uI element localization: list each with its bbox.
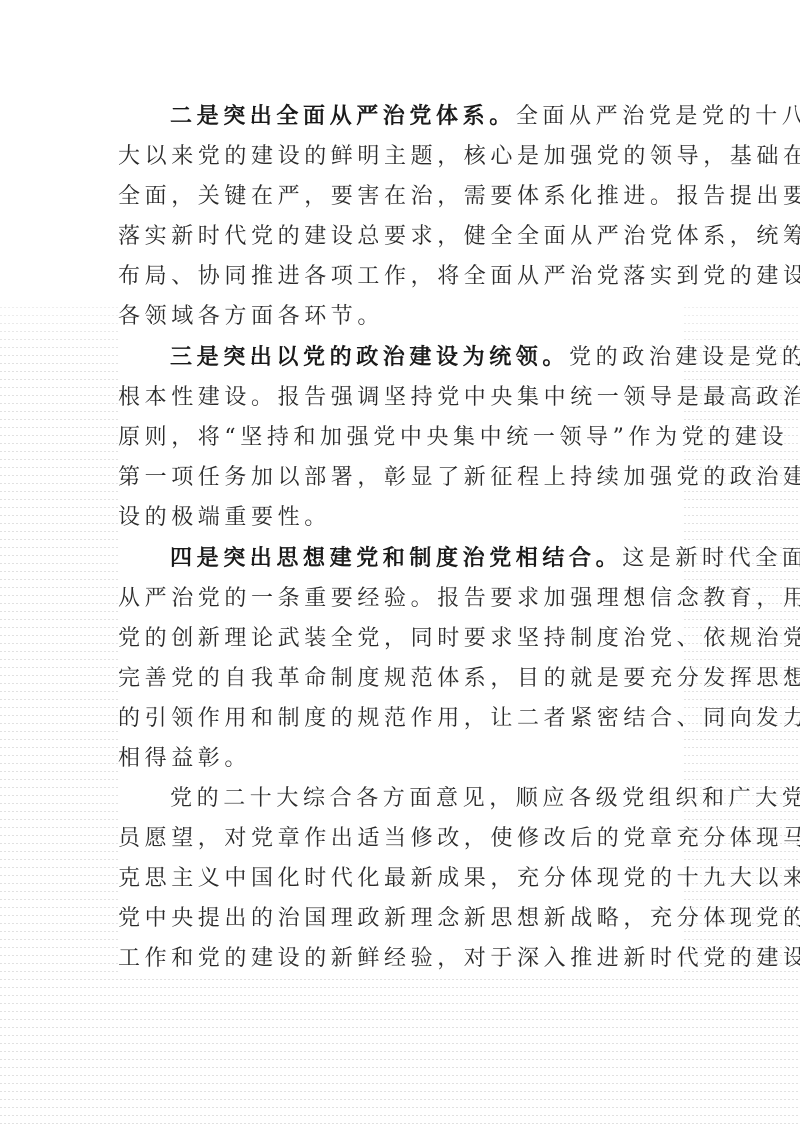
paragraph-line: 克思主义中国化时代化最新成果，充分体现党的十九大以来	[118, 859, 684, 899]
paragraph-line: 二是突出全面从严治党体系。全面从严治党是党的十八	[118, 96, 684, 137]
paragraph-lead-sentence: 四是突出思想建党和制度治党相结合。	[170, 545, 622, 571]
paragraph-line: 相得益彰。	[118, 739, 684, 779]
paragraph-line: 党中央提出的治国理政新理念新思想新战略，充分体现党的	[118, 899, 684, 939]
document-page: 二是突出全面从严治党体系。全面从严治党是党的十八 大以来党的建设的鲜明主题，核心…	[118, 96, 684, 979]
paragraph-4: 党的二十大综合各方面意见，顺应各级党组织和广大党 员愿望，对党章作出适当修改，使…	[118, 779, 684, 979]
paragraph-line: 大以来党的建设的鲜明主题，核心是加强党的领导，基础在	[118, 137, 684, 177]
paragraph-1: 二是突出全面从严治党体系。全面从严治党是党的十八 大以来党的建设的鲜明主题，核心…	[118, 96, 684, 337]
paragraph-line: 原则，将“坚持和加强党中央集中统一领导”作为党的建设	[118, 418, 684, 458]
paragraph-line: 员愿望，对党章作出适当修改，使修改后的党章充分体现马	[118, 819, 684, 859]
paragraph-line: 工作和党的建设的新鲜经验，对于深入推进新时代党的建设	[118, 939, 684, 979]
paragraph-line: 的引领作用和制度的规范作用，让二者紧密结合、同向发力、	[118, 699, 684, 739]
paragraph-line: 三是突出以党的政治建设为统领。党的政治建设是党的	[118, 337, 684, 378]
paragraph-line: 党的二十大综合各方面意见，顺应各级党组织和广大党	[118, 779, 684, 819]
paragraph-line: 第一项任务加以部署，彰显了新征程上持续加强党的政治建	[118, 458, 684, 498]
paragraph-line: 全面，关键在严，要害在治，需要体系化推进。报告提出要	[118, 177, 684, 217]
paragraph-2: 三是突出以党的政治建设为统领。党的政治建设是党的 根本性建设。报告强调坚持党中央…	[118, 337, 684, 538]
paragraph-line: 根本性建设。报告强调坚持党中央集中统一领导是最高政治	[118, 378, 684, 418]
paragraph-line: 四是突出思想建党和制度治党相结合。这是新时代全面	[118, 538, 684, 579]
paragraph-lead-sentence: 三是突出以党的政治建设为统领。	[170, 344, 569, 370]
paragraph-lead-sentence: 二是突出全面从严治党体系。	[170, 103, 516, 129]
paragraph-line: 设的极端重要性。	[118, 498, 684, 538]
paragraph-line: 从严治党的一条重要经验。报告要求加强理想信念教育，用	[118, 579, 684, 619]
paragraph-line: 布局、协同推进各项工作，将全面从严治党落实到党的建设	[118, 257, 684, 297]
paragraph-line: 落实新时代党的建设总要求，健全全面从严治党体系，统筹	[118, 217, 684, 257]
paragraph-line: 党的创新理论武装全党，同时要求坚持制度治党、依规治党，	[118, 619, 684, 659]
paragraph-3: 四是突出思想建党和制度治党相结合。这是新时代全面 从严治党的一条重要经验。报告要…	[118, 538, 684, 779]
paragraph-line: 完善党的自我革命制度规范体系，目的就是要充分发挥思想	[118, 659, 684, 699]
paragraph-line: 各领域各方面各环节。	[118, 297, 684, 337]
